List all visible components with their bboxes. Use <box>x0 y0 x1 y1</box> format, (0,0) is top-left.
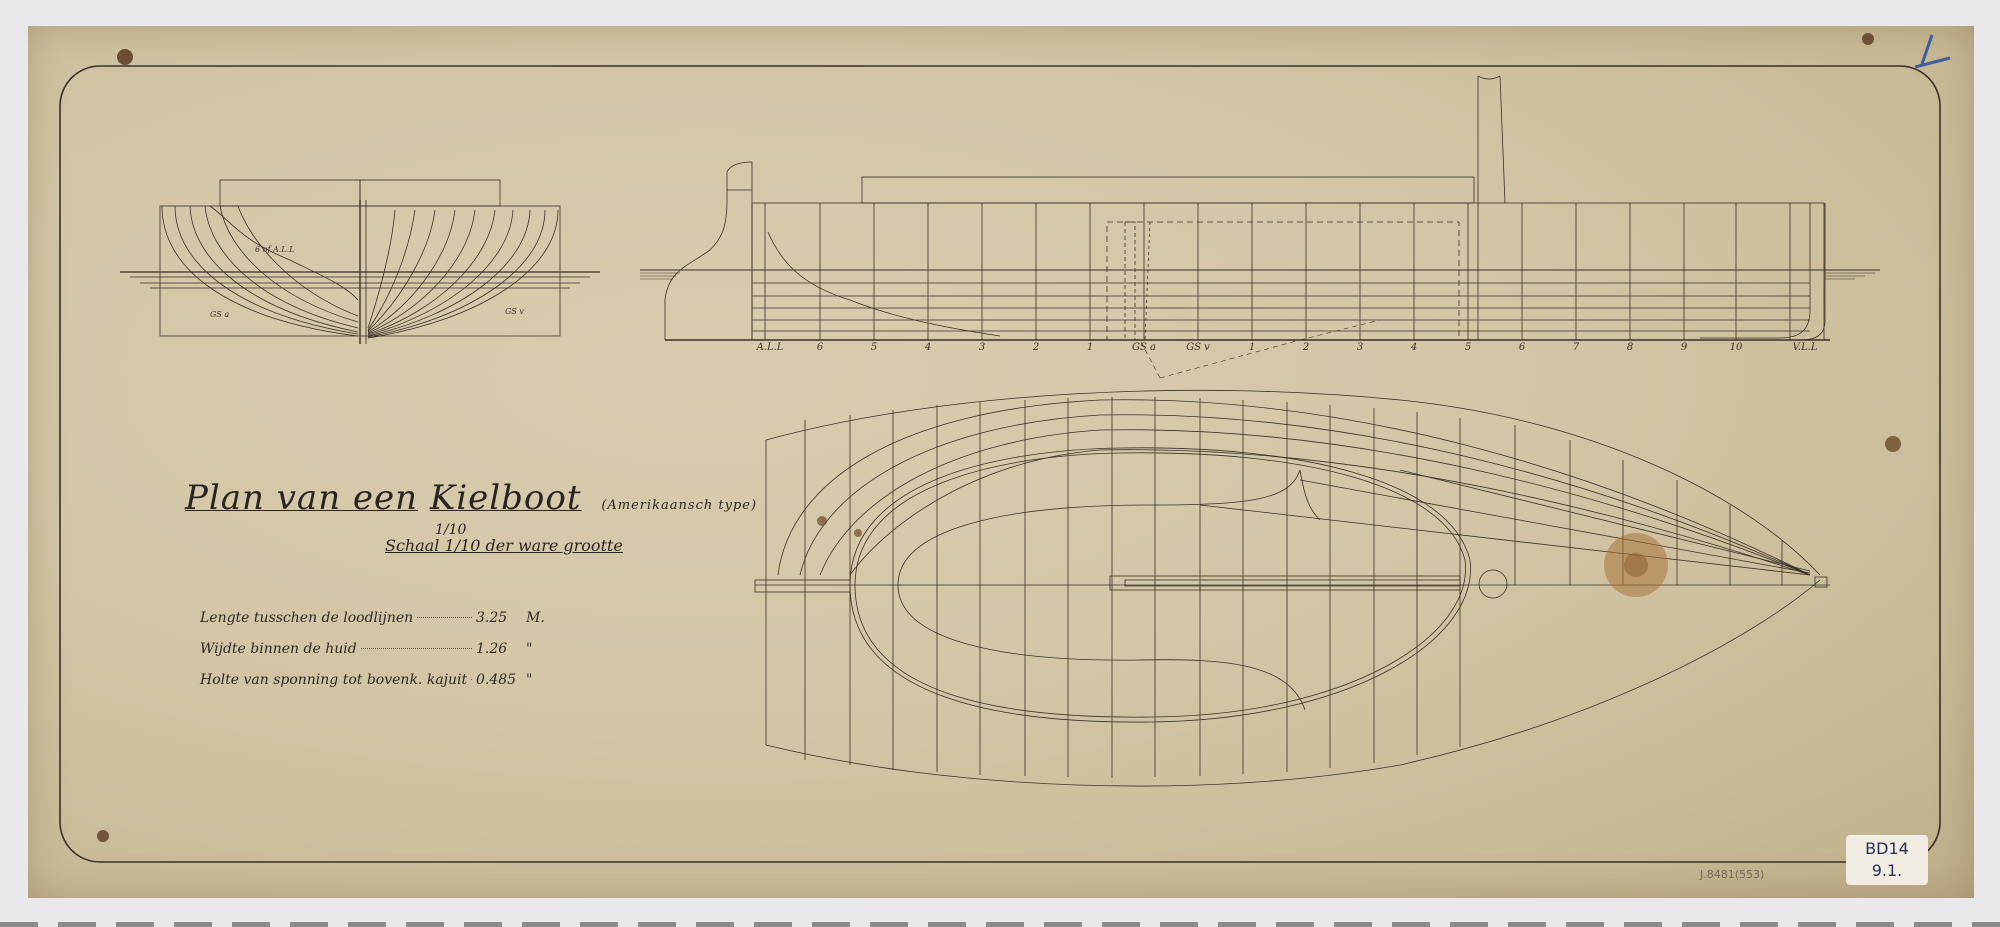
station-label: 9 <box>1681 342 1687 353</box>
station-label: 1 <box>1087 342 1093 353</box>
station-label: 7 <box>1573 342 1579 353</box>
archive-label: BD14 9.1. <box>1846 835 1928 885</box>
leader-dots <box>471 679 472 680</box>
stains <box>97 33 1901 842</box>
spec-value: 3.25 <box>476 610 526 626</box>
leader-dots <box>361 648 472 649</box>
body-plan-station-label: GS a <box>210 310 229 319</box>
station-label: 8 <box>1627 342 1633 353</box>
station-label: V.L.L <box>1792 342 1817 353</box>
spec-label: Lengte tusschen de loodlijnen <box>200 610 413 626</box>
leader-dots <box>417 617 472 618</box>
station-label: 6 <box>817 342 823 353</box>
station-label: 3 <box>1357 342 1363 353</box>
stern-hatching <box>640 273 1875 279</box>
station-label: A.L.L <box>757 342 784 353</box>
body-plan-station-label: GS v <box>505 307 524 316</box>
station-label: GS a <box>1132 342 1156 353</box>
spec-unit: " <box>526 641 560 657</box>
title-part-1: Plan van een <box>185 478 418 518</box>
spec-row: Lengte tusschen de loodlijnen 3.25 M. <box>200 610 560 641</box>
spec-label: Holte van sponning tot bovenk. kajuit <box>200 672 467 688</box>
station-label: 1 <box>1249 342 1255 353</box>
scale-text: Schaal 1/10 der ware grootte <box>385 536 625 555</box>
inventory-number: J.8481(553) <box>1700 868 1764 881</box>
technical-drawing <box>0 0 2000 927</box>
spec-unit: M. <box>526 610 560 626</box>
title-part-2: Kielboot <box>430 478 582 518</box>
profile-view <box>640 76 1880 340</box>
drawing-subtitle: (Amerikaansch type) <box>601 498 757 513</box>
station-label: 5 <box>871 342 877 353</box>
drawing-title: Plan van een Kielboot (Amerikaansch type… <box>185 478 625 518</box>
spec-value: 0.485 <box>476 672 526 688</box>
specifications-table: Lengte tusschen de loodlijnen 3.25 M. Wi… <box>200 610 560 703</box>
spec-row: Wijdte binnen de huid 1.26 " <box>200 641 560 672</box>
construction-line <box>1140 320 1380 378</box>
corner-pencil-mark <box>1915 35 1950 67</box>
half-breadth-plan <box>755 390 1830 786</box>
station-label: GS v <box>1186 342 1210 353</box>
body-plan-aft-label: 6 of A.L.L <box>255 245 294 254</box>
title-block: Plan van een Kielboot (Amerikaansch type… <box>185 478 625 555</box>
station-label: 5 <box>1465 342 1471 353</box>
station-label: 2 <box>1303 342 1309 353</box>
station-label: 6 <box>1519 342 1525 353</box>
spec-label: Wijdte binnen de huid <box>200 641 357 657</box>
drawing-border <box>60 66 1940 862</box>
station-label: 4 <box>1411 342 1417 353</box>
station-label: 4 <box>925 342 931 353</box>
archive-label-line-2: 9.1. <box>1846 860 1928 882</box>
spec-row: Holte van sponning tot bovenk. kajuit 0.… <box>200 672 560 703</box>
station-label: 2 <box>1033 342 1039 353</box>
archive-label-line-1: BD14 <box>1846 838 1928 860</box>
spec-value: 1.26 <box>476 641 526 657</box>
spec-unit: " <box>526 672 560 688</box>
station-label: 10 <box>1730 342 1743 353</box>
station-label: 3 <box>979 342 985 353</box>
body-plan <box>120 180 600 344</box>
